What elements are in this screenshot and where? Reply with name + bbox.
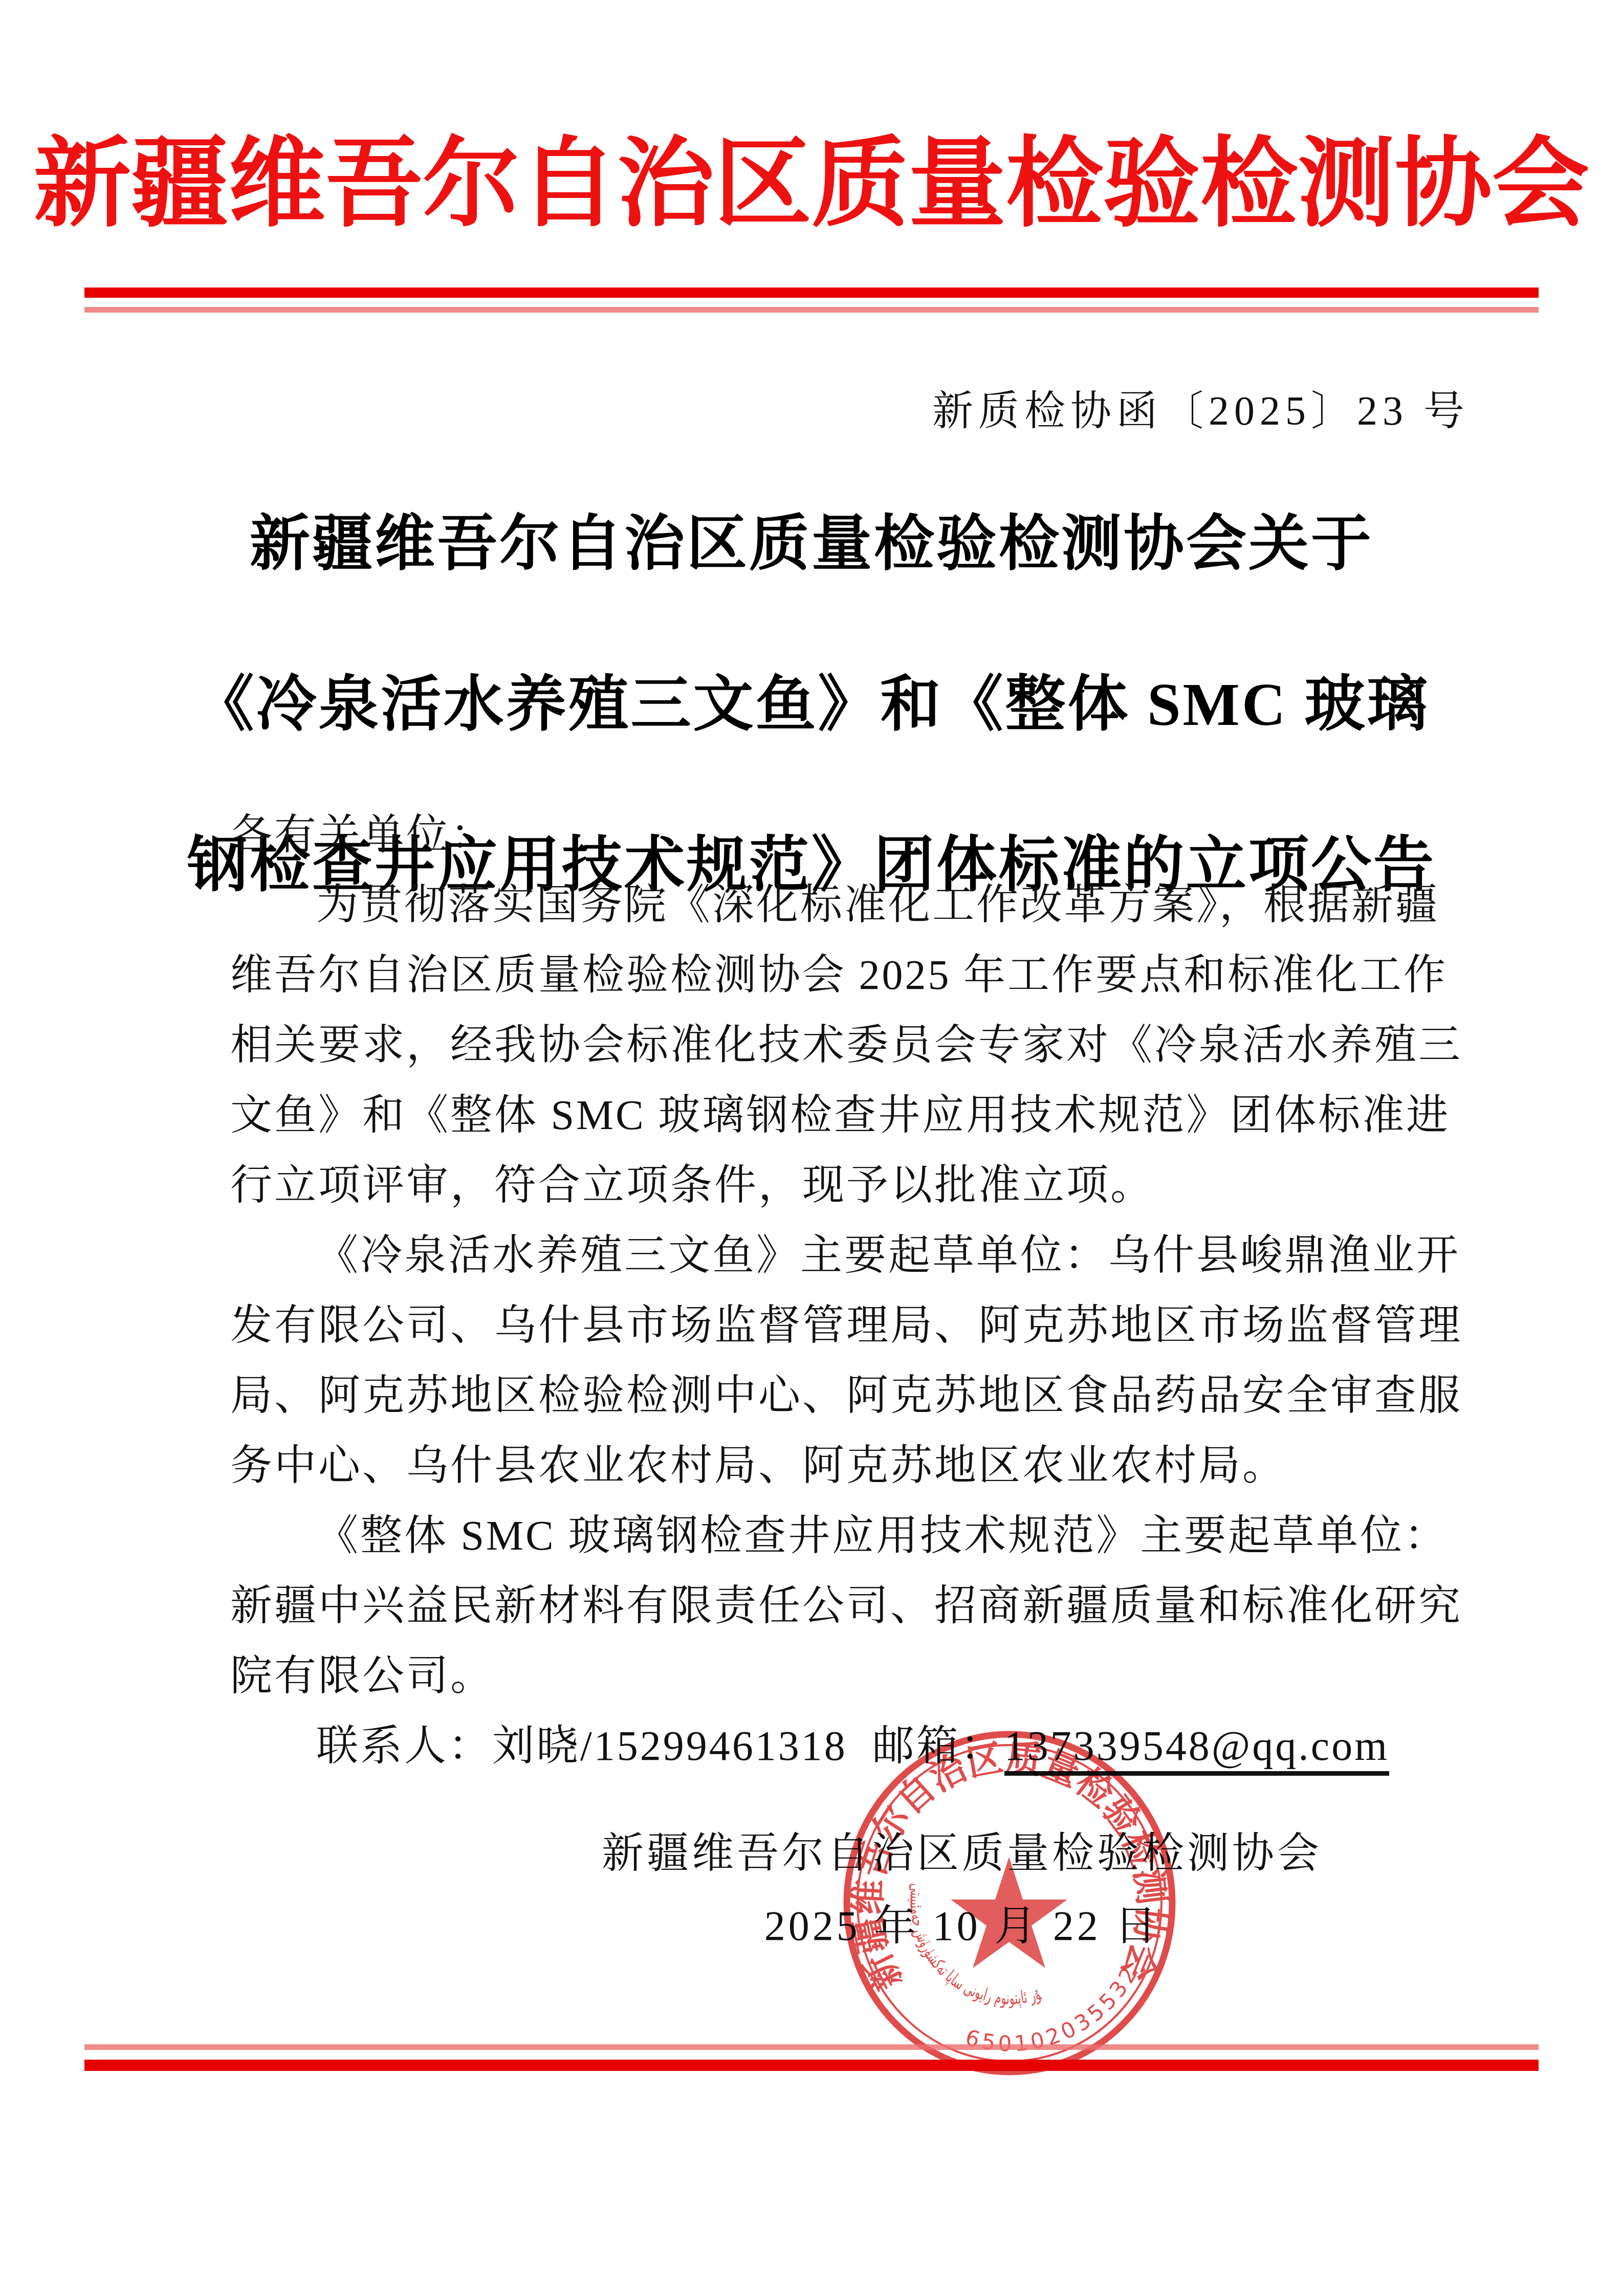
body-line: 维吾尔自治区质量检验检测协会 2025 年工作要点和标准化工作 (230, 940, 1480, 1010)
body-line: 局、阿克苏地区检验检测中心、阿克苏地区食品药品安全审查服 (230, 1360, 1480, 1430)
body-line: 《冷泉活水养殖三文鱼》主要起草单位：乌什县峻鼎渔业开 (230, 1220, 1480, 1290)
body-line: 新疆中兴益民新材料有限责任公司、招商新疆质量和标准化研究 (230, 1571, 1480, 1641)
body-line: 发有限公司、乌什县市场监督管理局、阿克苏地区市场监督管理 (230, 1290, 1480, 1360)
body-line: 为贯彻落实国务院《深化标准化工作改革方案》，根据新疆 (230, 870, 1480, 940)
official-document-page: 新疆维吾尔自治区质量检验检测协会 新质检协函〔2025〕23 号 新疆维吾尔自治… (0, 0, 1623, 2296)
document-body: 各有关单位： 为贯彻落实国务院《深化标准化工作改革方案》，根据新疆 维吾尔自治区… (230, 800, 1480, 1781)
body-line: 务中心、乌什县农业农村局、阿克苏地区农业农村局。 (230, 1430, 1480, 1500)
salutation: 各有关单位： (230, 800, 1480, 870)
letterhead-rule-thin (84, 307, 1539, 313)
official-stamp: 新疆维吾尔自治区质量检验检测协会 شىنجاڭ ئۇيغۇر ئاپتونوم … (840, 1728, 1179, 2078)
letterhead-rule-thick (84, 288, 1539, 298)
title-line-2: 《冷泉活水养殖三文鱼》和《整体 SMC 玻璃 (193, 671, 1429, 738)
footer-rule-thick (84, 2060, 1539, 2071)
title-line-1: 新疆维吾尔自治区质量检验检测协会关于 (250, 511, 1373, 578)
body-line: 院有限公司。 (230, 1641, 1480, 1711)
stamp-star-icon (951, 1857, 1067, 1968)
body-line: 行立项评审，符合立项条件，现予以批准立项。 (230, 1150, 1480, 1220)
document-number: 新质检协函〔2025〕23 号 (932, 378, 1470, 436)
body-line: 相关要求，经我协会标准化技术委员会专家对《冷泉活水养殖三 (230, 1010, 1480, 1080)
body-line: 文鱼》和《整体 SMC 玻璃钢检查井应用技术规范》团体标准进 (230, 1080, 1480, 1150)
body-line: 《整体 SMC 玻璃钢检查井应用技术规范》主要起草单位： (230, 1500, 1480, 1571)
footer-rule-thin (84, 2044, 1539, 2050)
letterhead-title: 新疆维吾尔自治区质量检验检测协会 (0, 128, 1623, 240)
